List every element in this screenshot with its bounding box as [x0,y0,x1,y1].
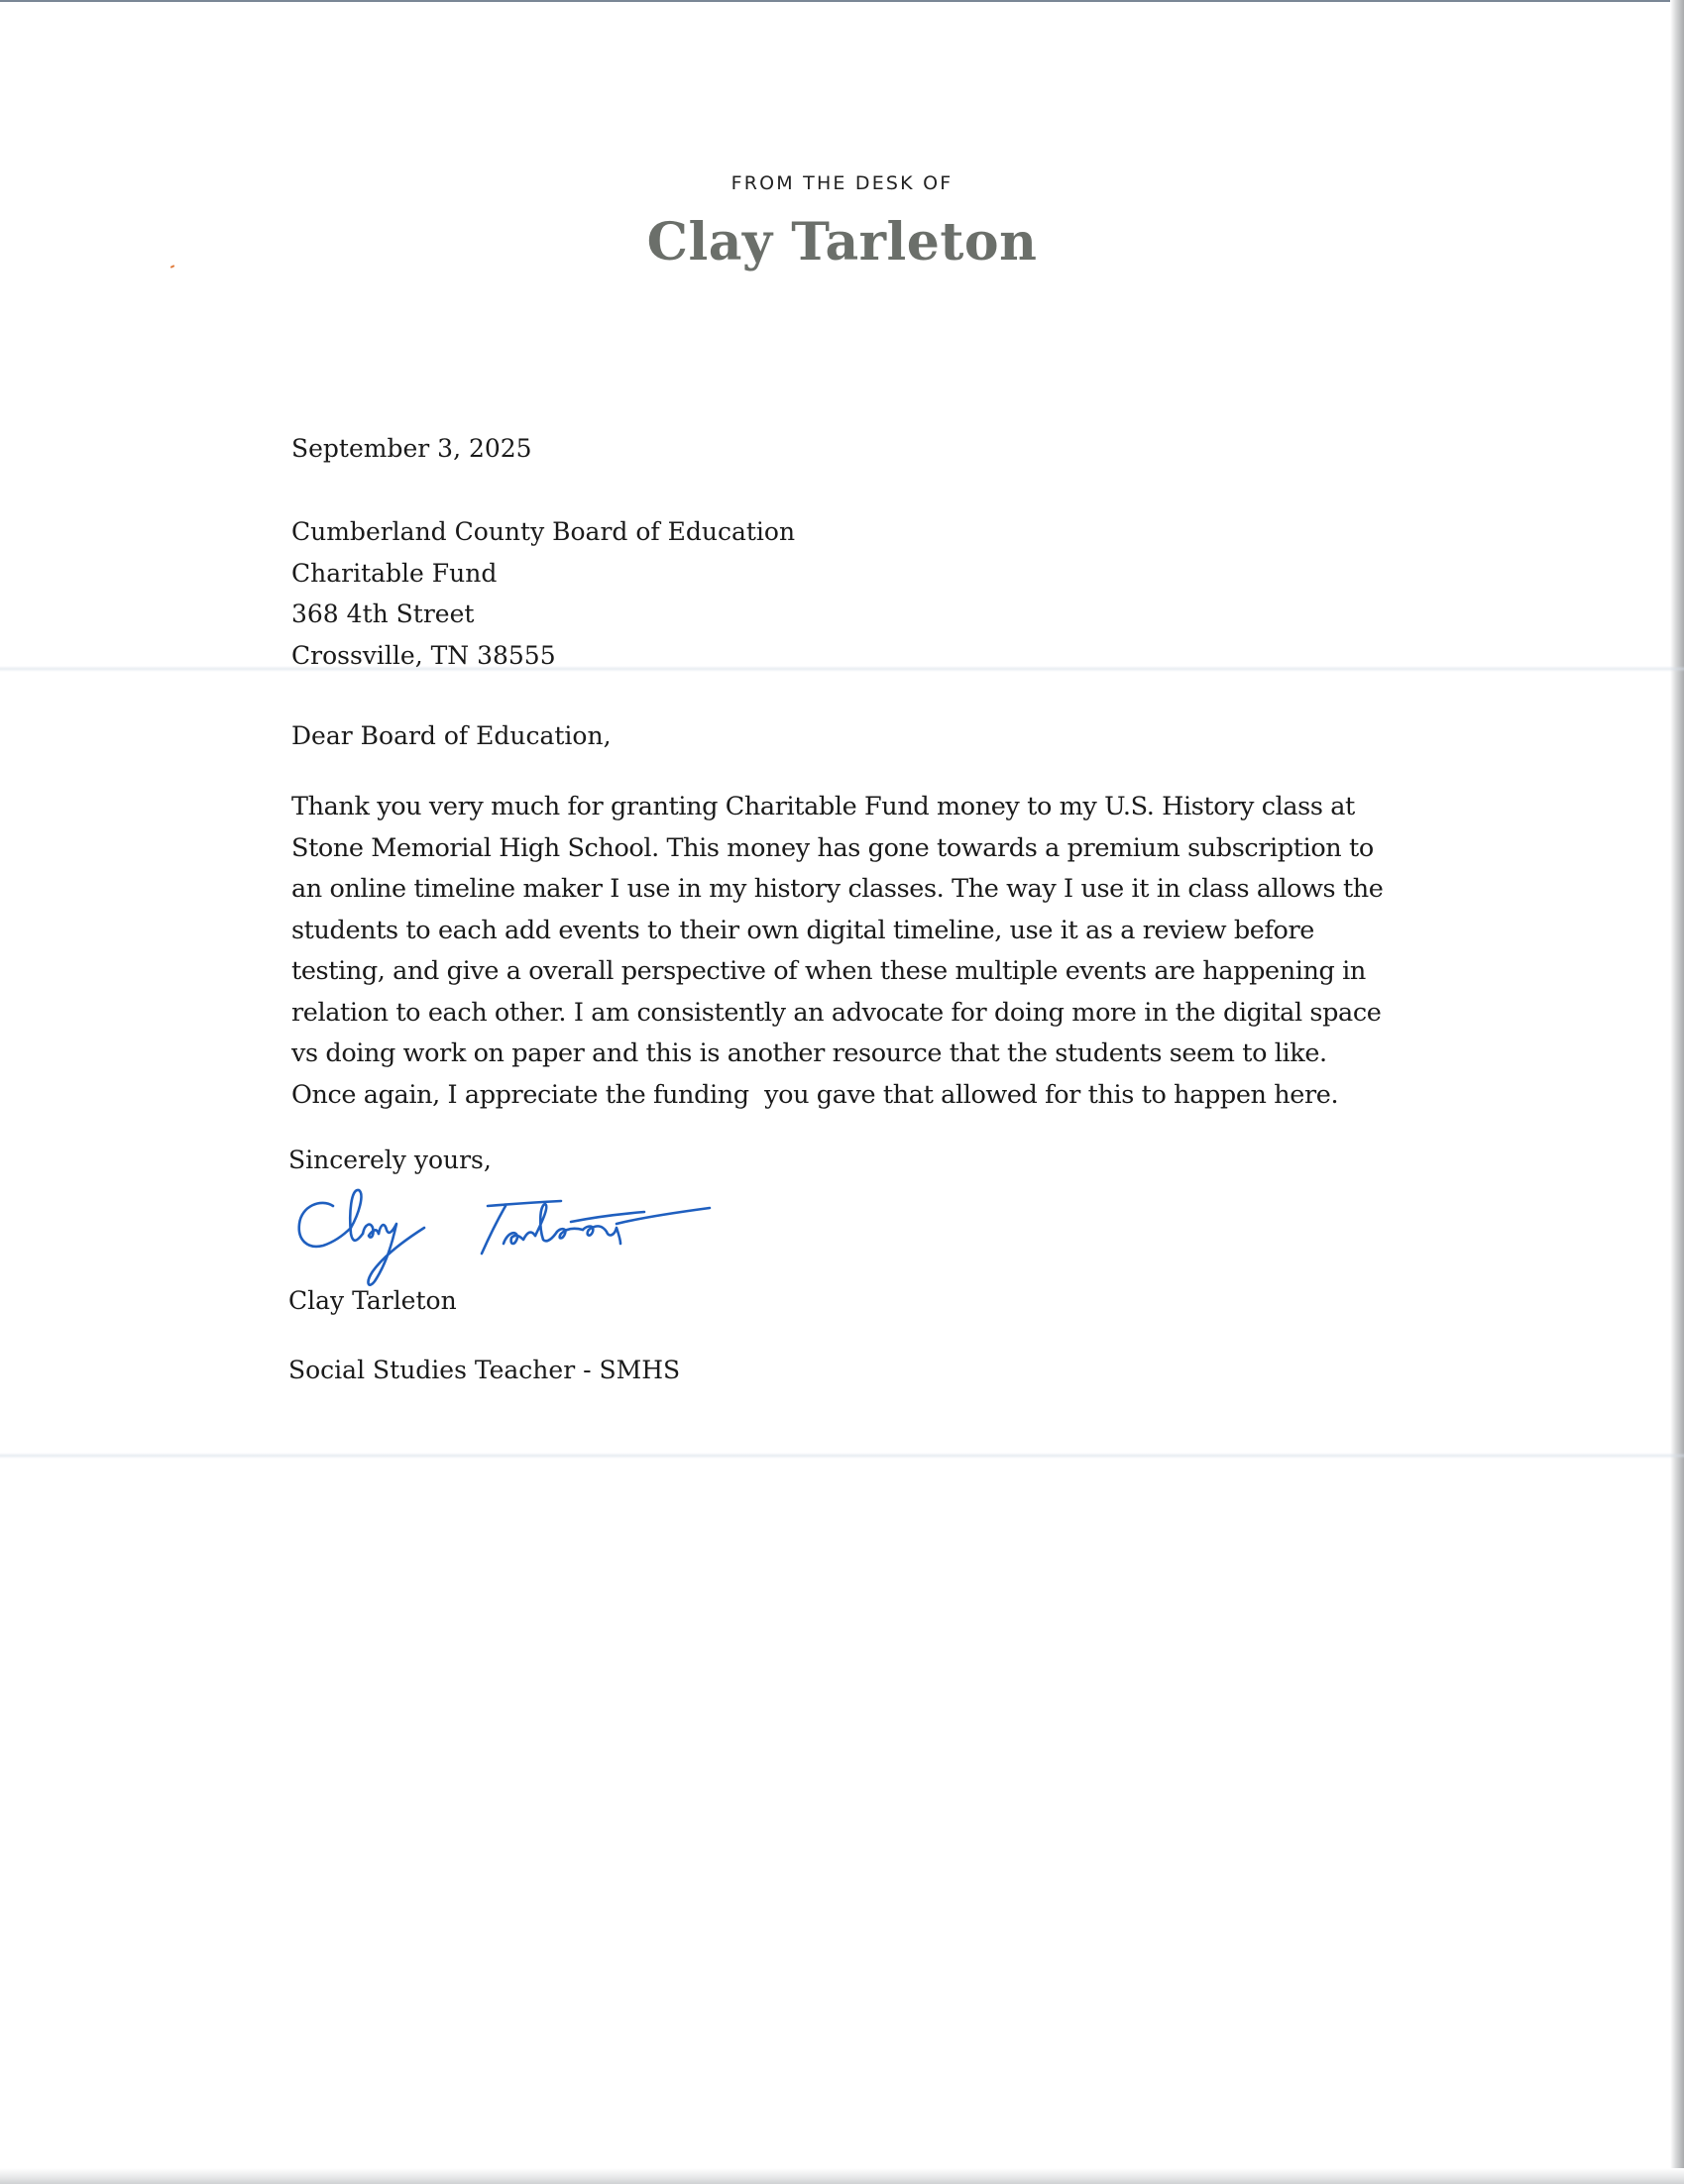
scan-edge-bottom [0,2168,1684,2184]
letter-body: Thank you very much for granting Charita… [291,787,1392,1116]
letterhead-kicker: FROM THE DESK OF [0,172,1684,194]
body-line: Stone Memorial High School. This money h… [291,828,1392,870]
letter-date: September 3, 2025 [291,428,532,470]
body-line: vs doing work on paper and this is anoth… [291,1034,1392,1075]
recipient-address: Cumberland County Board of Education Cha… [291,511,795,676]
scan-edge-right [1670,0,1684,2184]
body-line: Once again, I appreciate the funding you… [291,1075,1392,1117]
signer-name: Clay Tarleton [288,1280,457,1322]
scan-edge-top [0,0,1684,2]
closing: Sincerely yours, [288,1140,492,1181]
address-line: Charitable Fund [291,553,795,595]
signer-title: Social Studies Teacher - SMHS [288,1350,680,1391]
body-line: Thank you very much for granting Charita… [291,787,1392,828]
signature-icon [293,1184,730,1293]
address-line: Cumberland County Board of Education [291,511,795,553]
body-line: testing, and give a overall perspective … [291,951,1392,993]
paper-fold-line [0,666,1684,672]
letterhead-name: Clay Tarleton [0,212,1684,273]
body-line: students to each add events to their own… [291,911,1392,952]
paper-fold-line [0,1453,1684,1459]
address-line: Crossville, TN 38555 [291,635,795,677]
body-line: an online timeline maker I use in my his… [291,869,1392,911]
address-line: 368 4th Street [291,594,795,635]
salutation: Dear Board of Education, [291,715,612,757]
body-line: relation to each other. I am consistentl… [291,993,1392,1035]
